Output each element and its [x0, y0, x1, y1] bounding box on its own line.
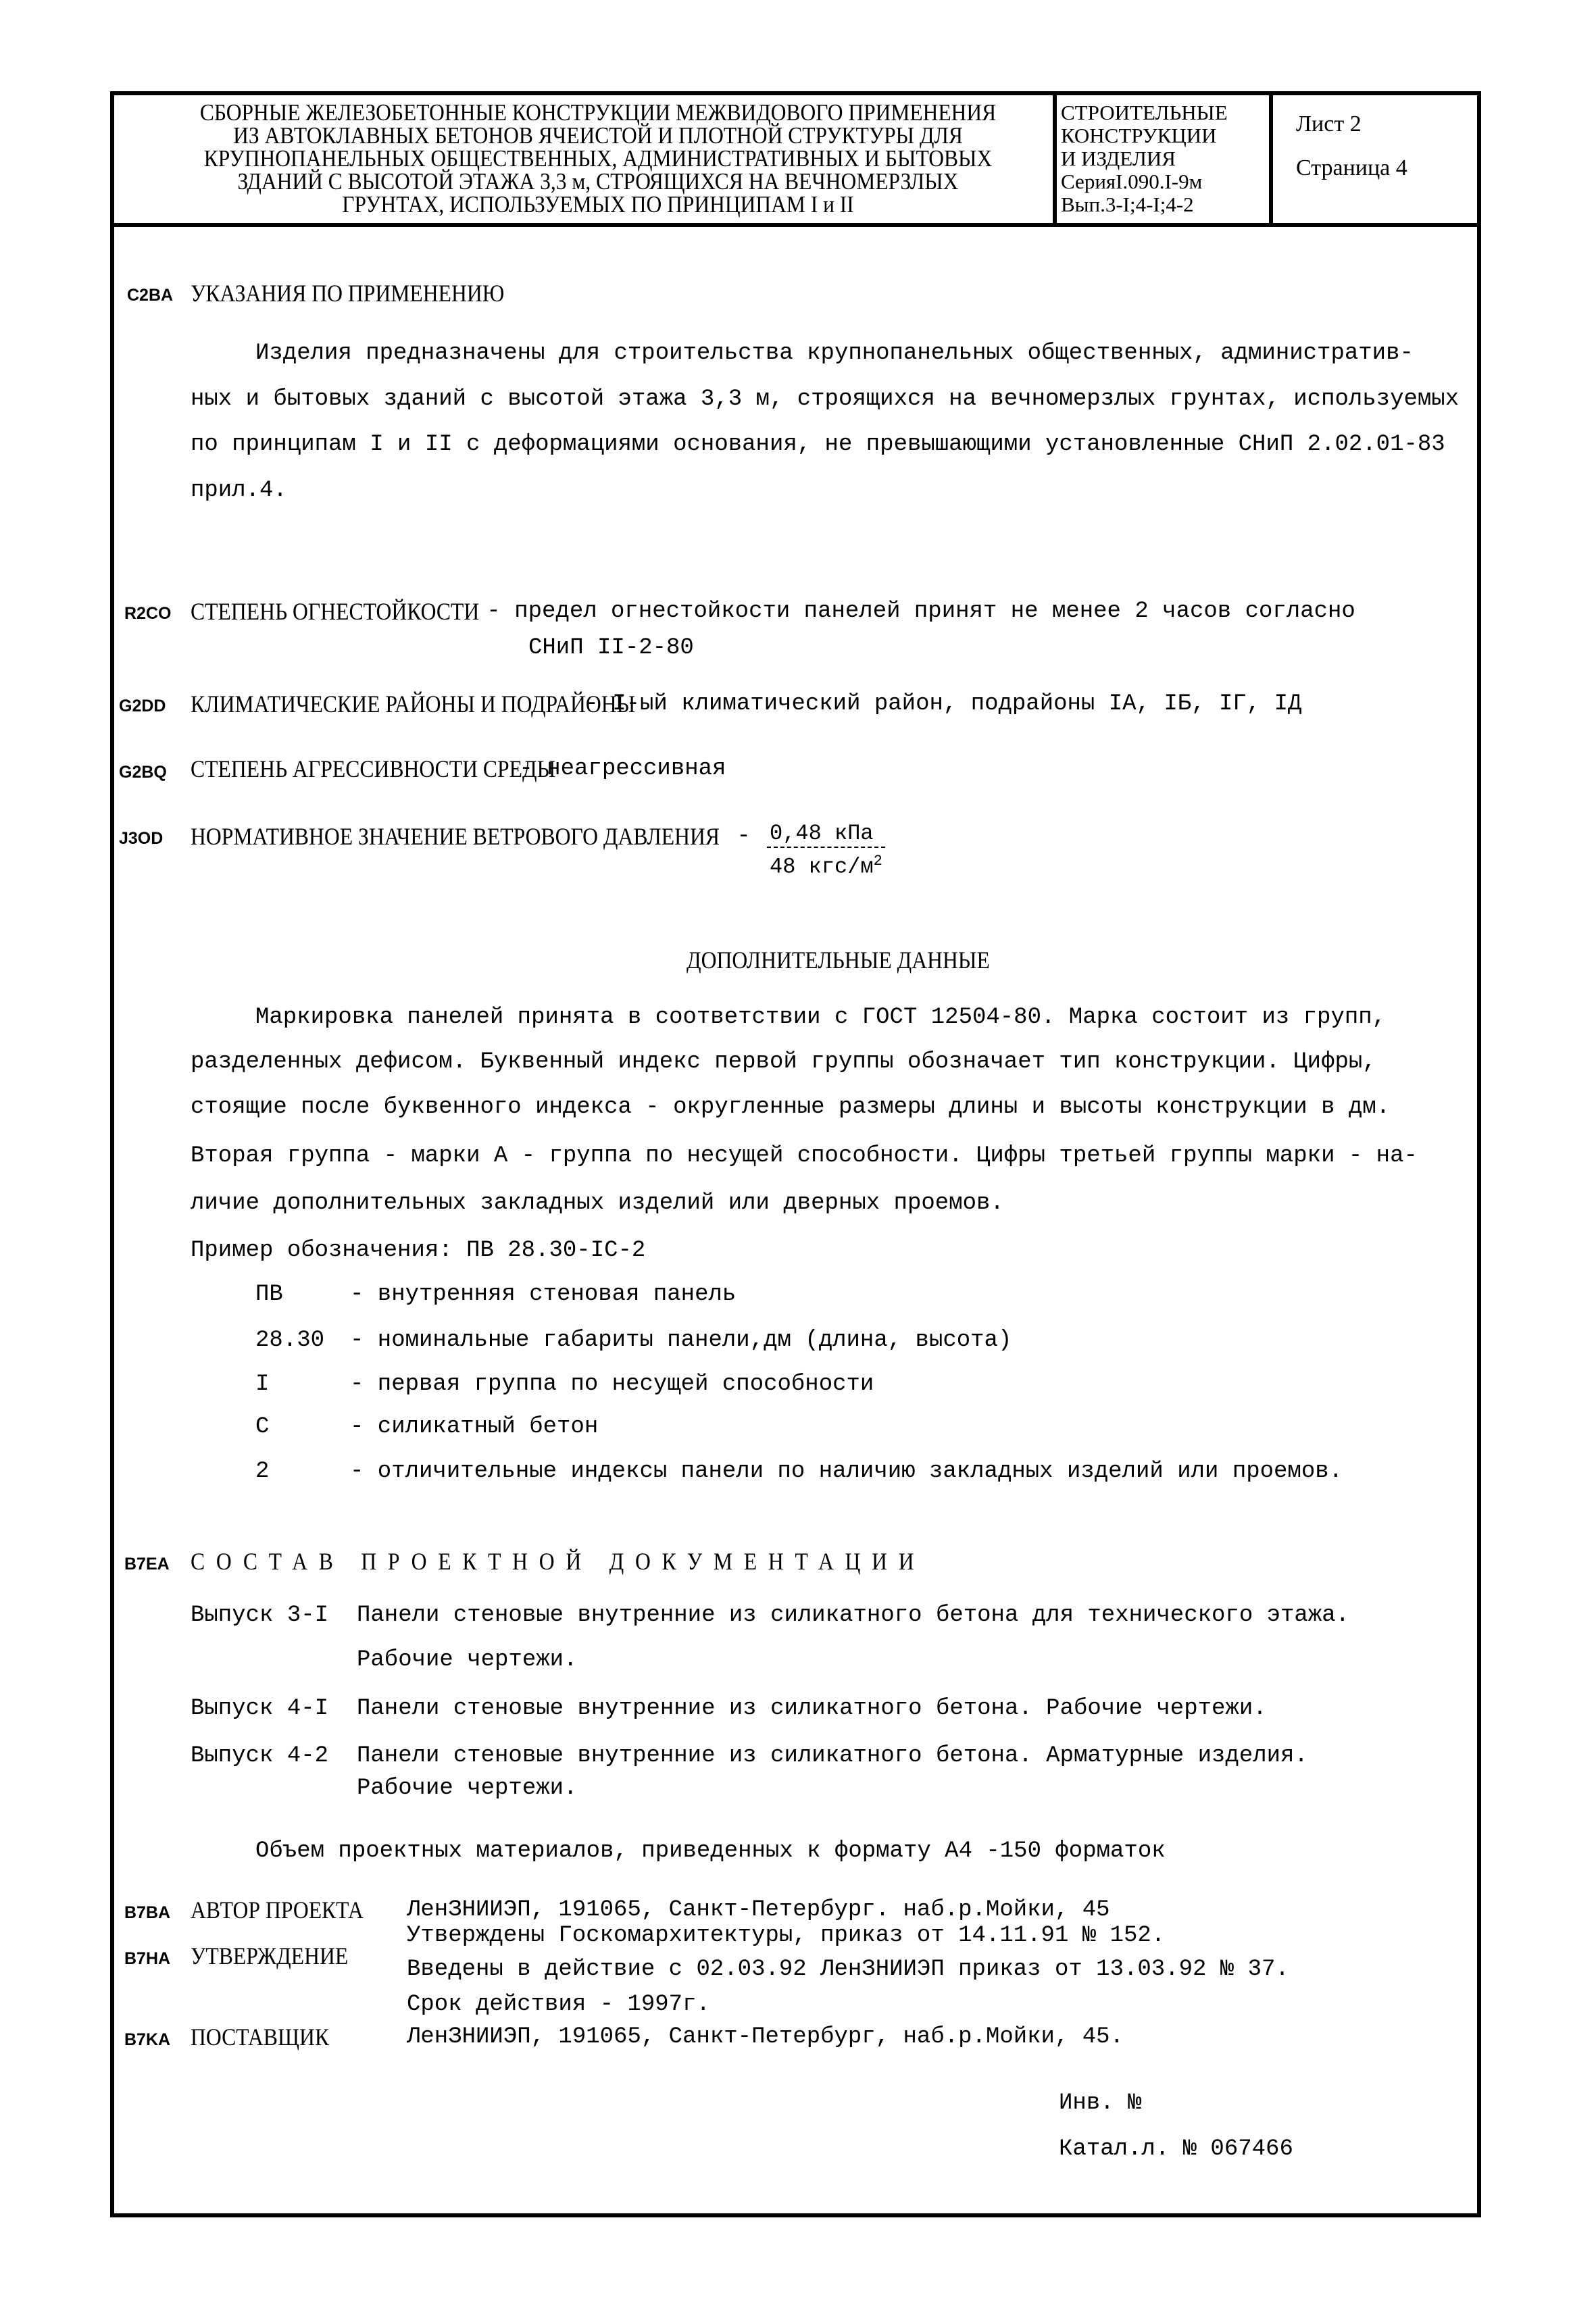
fire-text: - предел огнестойкости панелей принят не…: [473, 598, 1355, 625]
legend-key: ПВ: [255, 1281, 283, 1308]
issue-text: Рабочие чертежи.: [357, 1775, 577, 1802]
issue-label: Выпуск 3-I: [191, 1602, 328, 1629]
approval-line: Утверждены Госкомархитектуры, приказ от …: [407, 1922, 1165, 1949]
section-code: B7HA: [124, 1948, 170, 1969]
section-heading-composition: СОСТАВ ПРОЕКТНОЙ ДОКУМЕНТАЦИИ: [191, 1548, 925, 1575]
catalog-number: Катал.л. № 067466: [1059, 2136, 1293, 2163]
legend-key: 2: [255, 1458, 269, 1485]
wind-exponent: 2: [874, 853, 882, 870]
additional-line: Вторая группа - марки А - группа по несу…: [191, 1142, 1418, 1169]
additional-line: стоящие после буквенного индекса - округ…: [191, 1094, 1390, 1121]
series-line: И ИЗДЕЛИЯ: [1061, 147, 1270, 170]
legend-desc: - номинальные габариты панели,дм (длина,…: [350, 1327, 1012, 1354]
fire-text: СНиП II-2-80: [528, 634, 694, 661]
additional-line: Маркировка панелей принята в соответстви…: [255, 1004, 1386, 1031]
usage-line: по принципам I и II с деформациями основ…: [191, 431, 1445, 458]
issue-label: Выпуск 4-I: [191, 1695, 328, 1722]
issue-text: Панели стеновые внутренние из силикатног…: [357, 1602, 1349, 1629]
section-code: R2CO: [124, 603, 171, 624]
section-heading-climate: КЛИМАТИЧЕСКИЕ РАЙОНЫ И ПОДРАЙОНЫ: [191, 690, 635, 718]
document-title: СБОРНЫЕ ЖЕЛЕЗОБЕТОННЫЕ КОНСТРУКЦИИ МЕЖВИ…: [200, 101, 997, 216]
wind-numerator: 0,48 кПа: [767, 821, 885, 848]
section-code: G2BQ: [119, 762, 167, 782]
page-number: Страница 4: [1296, 155, 1407, 181]
series-line: Вып.3-I;4-I;4-2: [1061, 193, 1270, 216]
section-code: B7KA: [124, 2030, 170, 2050]
section-heading-aggression: СТЕПЕНЬ АГРЕССИВНОСТИ СРЕДЫ: [191, 755, 555, 782]
legend-key: I: [255, 1371, 269, 1398]
legend-desc: - первая группа по несущей способности: [350, 1371, 874, 1398]
additional-line: личие дополнительных закладных изделий и…: [191, 1190, 1004, 1217]
aggression-text: - неагрессивная: [505, 755, 726, 782]
legend-desc: - силикатный бетон: [350, 1413, 598, 1440]
section-code: B7BA: [124, 1903, 170, 1923]
title-line: КРУПНОПАНЕЛЬНЫХ ОБЩЕСТВЕННЫХ, АДМИНИСТРА…: [200, 147, 997, 170]
title-line: СБОРНЫЕ ЖЕЛЕЗОБЕТОННЫЕ КОНСТРУКЦИИ МЕЖВИ…: [200, 101, 997, 124]
issue-text: Рабочие чертежи.: [357, 1646, 577, 1674]
legend-key: 28.30: [255, 1327, 324, 1354]
series-line: СерияI.090.I-9м: [1061, 170, 1270, 193]
additional-line: разделенных дефисом. Буквенный индекс пе…: [191, 1049, 1376, 1076]
wind-dash: -: [723, 823, 764, 850]
header-column-divider: [1053, 91, 1057, 226]
wind-denominator: 48 кгс/м2: [767, 848, 885, 881]
issue-text: Панели стеновые внутренние из силикатног…: [357, 1695, 1267, 1722]
supplier-label: ПОСТАВЩИК: [191, 2023, 329, 2051]
section-code: C2BA: [127, 285, 173, 305]
author-label: АВТОР ПРОЕКТА: [191, 1896, 364, 1923]
supplier-text: ЛенЗНИИЭП, 191065, Санкт-Петербург, наб.…: [407, 2023, 1124, 2051]
section-heading-wind: НОРМАТИВНОЕ ЗНАЧЕНИЕ ВЕТРОВОГО ДАВЛЕНИЯ: [191, 823, 720, 850]
section-code: B7EA: [124, 1554, 170, 1574]
section-heading-fire: СТЕПЕНЬ ОГНЕСТОЙКОСТИ: [191, 598, 479, 625]
legend-key: С: [255, 1413, 269, 1440]
issue-text: Панели стеновые внутренние из силикатног…: [357, 1742, 1308, 1769]
volume-text: Объем проектных материалов, приведенных …: [255, 1838, 1166, 1865]
section-heading-additional: ДОПОЛНИТЕЛЬНЫЕ ДАННЫЕ: [687, 947, 990, 974]
section-code: J3OD: [119, 828, 163, 849]
usage-line: прил.4.: [191, 477, 287, 504]
wind-pressure-fraction: 0,48 кПа 48 кгс/м2: [767, 821, 885, 881]
inventory-number: Инв. №: [1059, 2090, 1141, 2117]
title-line: ЗДАНИЙ С ВЫСОТОЙ ЭТАЖА 3,3 м, СТРОЯЩИХСЯ…: [200, 170, 997, 193]
legend-desc: - отличительные индексы панели по наличи…: [350, 1458, 1343, 1485]
approval-line: Введены в действие с 02.03.92 ЛенЗНИИЭП …: [407, 1956, 1289, 1983]
sheet-number: Лист 2: [1296, 111, 1362, 137]
usage-line: ных и бытовых зданий с высотой этажа 3,3…: [191, 386, 1459, 413]
header-divider: [110, 223, 1481, 227]
approval-line: Срок действия - 1997г.: [407, 1991, 710, 2018]
example-label: Пример обозначения: ПВ 28.30-IC-2: [191, 1237, 645, 1264]
approval-label: УТВЕРЖДЕНИЕ: [191, 1942, 348, 1969]
author-text: ЛенЗНИИЭП, 191065, Санкт-Петербург. наб.…: [407, 1896, 1110, 1923]
usage-line: Изделия предназначены для строительства …: [255, 340, 1414, 367]
legend-desc: - внутренняя стеновая панель: [350, 1281, 736, 1308]
series-line: КОНСТРУКЦИИ: [1061, 124, 1270, 147]
section-heading-usage: УКАЗАНИЯ ПО ПРИМЕНЕНИЮ: [191, 280, 504, 307]
title-line: ГРУНТАХ, ИСПОЛЬЗУЕМЫХ ПО ПРИНЦИПАМ I и I…: [200, 193, 997, 216]
title-line: ИЗ АВТОКЛАВНЫХ БЕТОНОВ ЯЧЕИСТОЙ И ПЛОТНО…: [200, 124, 997, 147]
wind-denominator-text: 48 кгс/м: [770, 855, 874, 880]
series-block: СТРОИТЕЛЬНЫЕ КОНСТРУКЦИИ И ИЗДЕЛИЯ Серия…: [1061, 101, 1270, 216]
series-line: СТРОИТЕЛЬНЫЕ: [1061, 101, 1270, 124]
issue-label: Выпуск 4-2: [191, 1742, 328, 1769]
section-code: G2DD: [119, 696, 166, 716]
climate-text: - I-ый климатический район, подрайоны IА…: [571, 690, 1301, 718]
